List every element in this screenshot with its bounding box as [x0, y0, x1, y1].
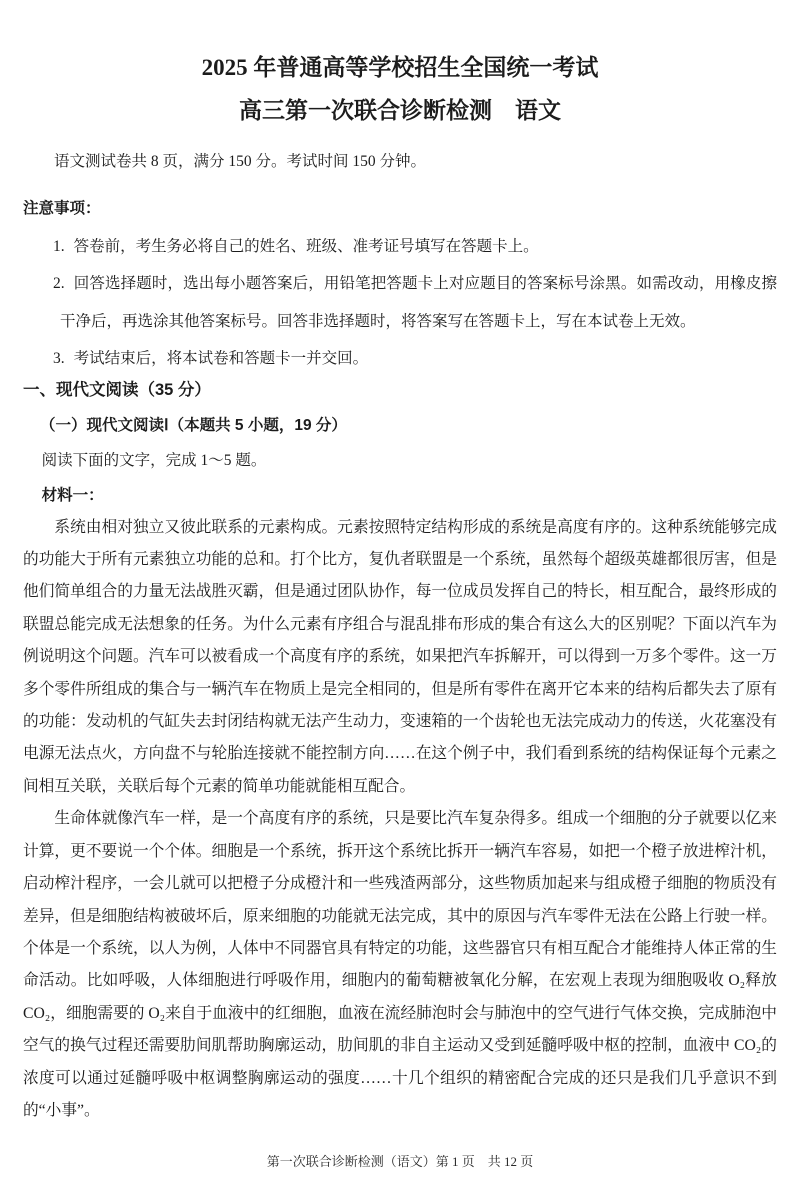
notice-list: 1.答卷前，考生务必将自己的姓名、班级、准考证号填写在答题卡上。 2.回答选择题…: [23, 228, 777, 378]
notice-item-2-text: 回答选择题时，选出每小题答案后，用铅笔把答题卡上对应题目的答案标号涂黑。如需改动…: [60, 275, 777, 329]
notice-item-3-number: 3.: [53, 350, 65, 367]
material-one-label: 材料一：: [23, 486, 777, 506]
exam-title-line2: 高三第一次联合诊断检测 语文: [23, 97, 777, 125]
passage-paragraph-1: 系统由相对独立又彼此联系的元素构成。元素按照特定结构形成的系统是高度有序的。这种…: [23, 512, 777, 804]
page-footer: 第一次联合诊断检测（语文）第 1 页 共 12 页: [0, 1151, 800, 1170]
notice-item-1-number: 1.: [53, 238, 65, 255]
subsection-heading-reading-1: （一）现代文阅读Ⅰ（本题共 5 小题，19 分）: [23, 416, 777, 436]
notice-item-1: 1.答卷前，考生务必将自己的姓名、班级、准考证号填写在答题卡上。: [53, 228, 777, 265]
notice-item-2-number: 2.: [53, 275, 65, 292]
reading-instruction: 阅读下面的文字，完成 1～5 题。: [23, 451, 777, 471]
notice-item-1-text: 答卷前，考生务必将自己的姓名、班级、准考证号填写在答题卡上。: [74, 238, 539, 255]
section-heading-modern-reading: 一、现代文阅读（35 分）: [23, 380, 777, 401]
notice-heading: 注意事项：: [23, 199, 777, 219]
exam-title-line1: 2025 年普通高等学校招生全国统一考试: [23, 0, 777, 82]
notice-item-3: 3.考试结束后，将本试卷和答题卡一并交回。: [53, 340, 777, 377]
passage-paragraph-2: 生命体就像汽车一样，是一个高度有序的系统，只是要比汽车复杂得多。组成一个细胞的分…: [23, 803, 777, 1127]
notice-item-3-text: 考试结束后，将本试卷和答题卡一并交回。: [74, 350, 369, 367]
notice-item-2: 2.回答选择题时，选出每小题答案后，用铅笔把答题卡上对应题目的答案标号涂黑。如需…: [53, 265, 777, 340]
exam-paper-page: 2025 年普通高等学校招生全国统一考试 高三第一次联合诊断检测 语文 语文测试…: [0, 0, 800, 1183]
exam-info-line: 语文测试卷共 8 页，满分 150 分。考试时间 150 分钟。: [23, 152, 777, 172]
